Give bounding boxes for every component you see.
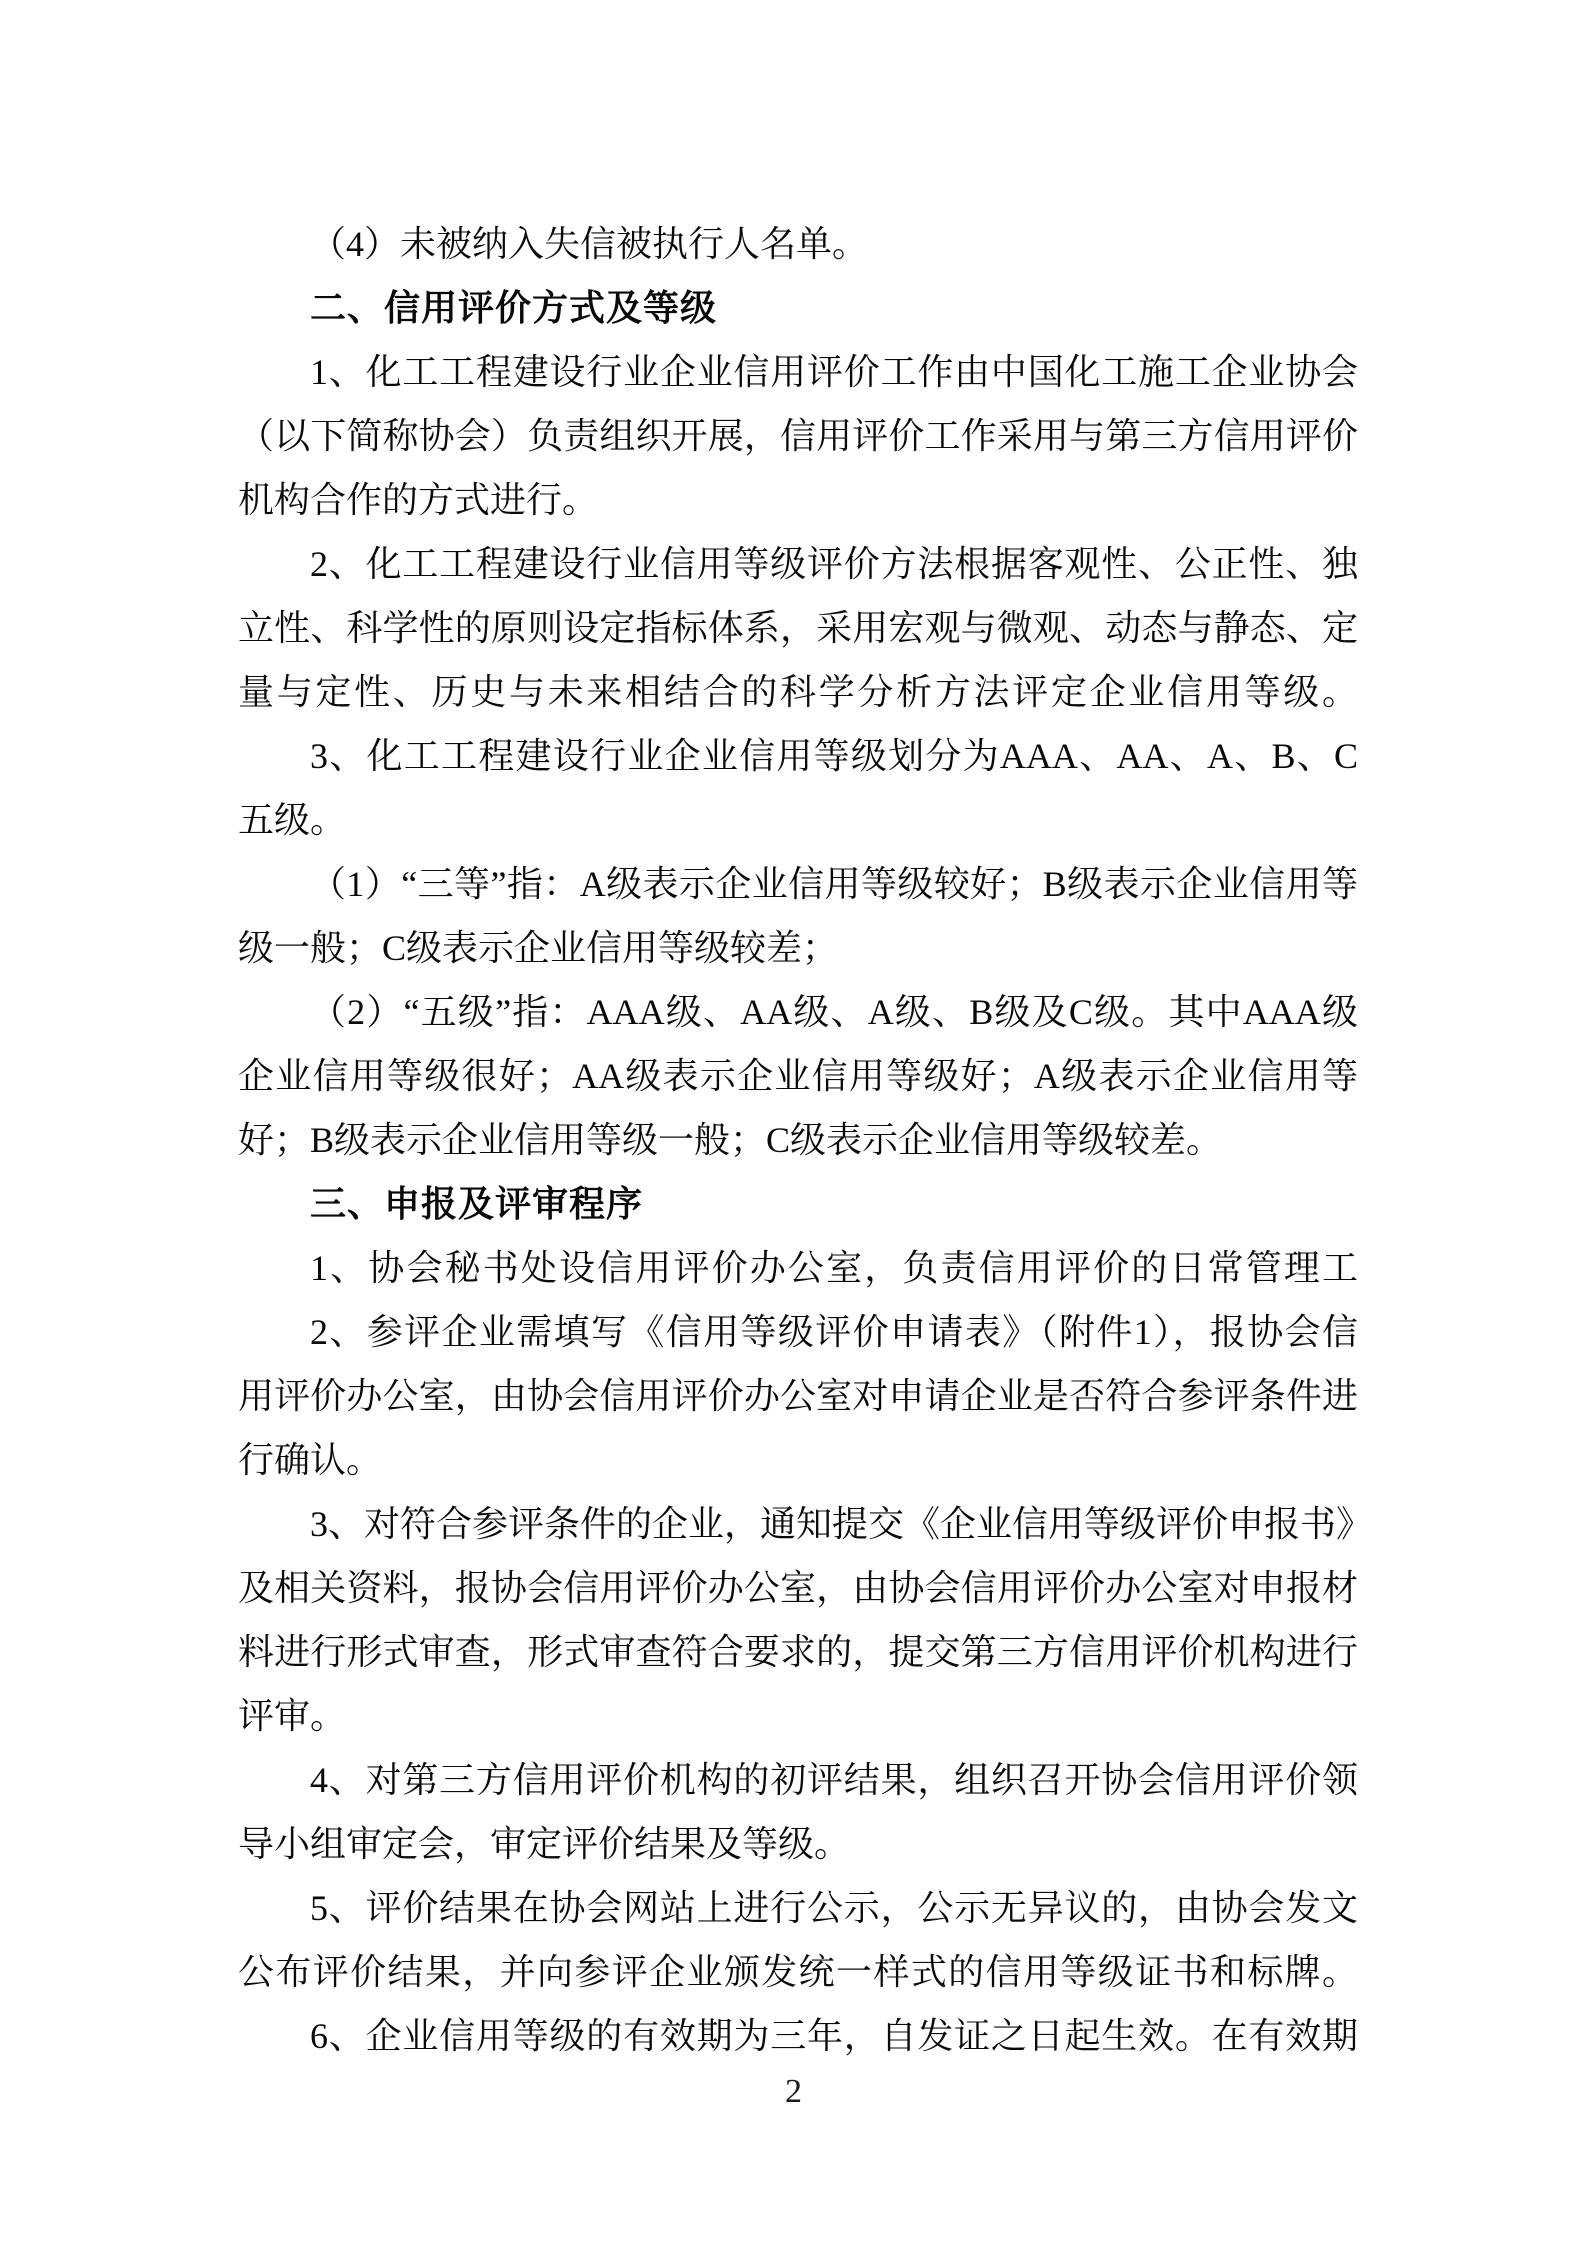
document-line: （1）“三等”指：A级表示企业信用等级较好；B级表示企业信用等 [238,852,1358,916]
document-line: （4）未被纳入失信被执行人名单。 [238,212,1358,276]
section-heading: 三、申报及评审程序 [238,1172,1358,1236]
document-line: 及相关资料，报协会信用评价办公室，由协会信用评价办公室对申报材 [238,1556,1358,1620]
document-line: 3、化工工程建设行业企业信用等级划分为AAA、AA、A、B、C 三等 [238,724,1358,788]
document-line: 机构合作的方式进行。 [238,468,1358,532]
document-page: （4）未被纳入失信被执行人名单。二、信用评价方式及等级1、化工工程建设行业企业信… [0,0,1587,2245]
document-line: 导小组审定会，审定评价结果及等级。 [238,1812,1358,1876]
document-body: （4）未被纳入失信被执行人名单。二、信用评价方式及等级1、化工工程建设行业企业信… [238,212,1358,2068]
document-line: 1、化工工程建设行业企业信用评价工作由中国化工施工企业协会 [238,340,1358,404]
document-line: （以下简称协会）负责组织开展，信用评价工作采用与第三方信用评价 [238,404,1358,468]
page-number: 2 [0,2072,1587,2112]
document-line: 6、企业信用等级的有效期为三年，自发证之日起生效。在有效期 [238,2004,1358,2068]
document-line: 好；B级表示企业信用等级一般；C级表示企业信用等级较差。 [238,1108,1358,1172]
document-line: 级一般；C级表示企业信用等级较差； [238,916,1358,980]
document-line: 立性、科学性的原则设定指标体系，采用宏观与微观、动态与静态、定 [238,596,1358,660]
document-line: 1、协会秘书处设信用评价办公室，负责信用评价的日常管理工作。 [238,1236,1358,1300]
document-line: 用评价办公室，由协会信用评价办公室对申请企业是否符合参评条件进 [238,1364,1358,1428]
document-line: 行确认。 [238,1428,1358,1492]
document-line: 2、参评企业需填写《信用等级评价申请表》（附件1），报协会信 [238,1300,1358,1364]
document-line: （2）“五级”指：AAA级、AA级、A级、B级及C级。其中AAA级表示 [238,980,1358,1044]
document-line: 4、对第三方信用评价机构的初评结果，组织召开协会信用评价领 [238,1748,1358,1812]
document-line: 评审。 [238,1684,1358,1748]
document-line: 公布评价结果，并向参评企业颁发统一样式的信用等级证书和标牌。 [238,1940,1358,2004]
document-line: 5、评价结果在协会网站上进行公示，公示无异议的，由协会发文 [238,1876,1358,1940]
document-line: 五级。 [238,788,1358,852]
document-line: 2、化工工程建设行业信用等级评价方法根据客观性、公正性、独 [238,532,1358,596]
document-line: 3、对符合参评条件的企业，通知提交《企业信用等级评价申报书》 [238,1492,1358,1556]
document-line: 量与定性、历史与未来相结合的科学分析方法评定企业信用等级。 [238,660,1358,724]
section-heading: 二、信用评价方式及等级 [238,276,1358,340]
document-line: 企业信用等级很好；AA级表示企业信用等级好；A级表示企业信用等级较 [238,1044,1358,1108]
document-line: 料进行形式审查，形式审查符合要求的，提交第三方信用评价机构进行 [238,1620,1358,1684]
